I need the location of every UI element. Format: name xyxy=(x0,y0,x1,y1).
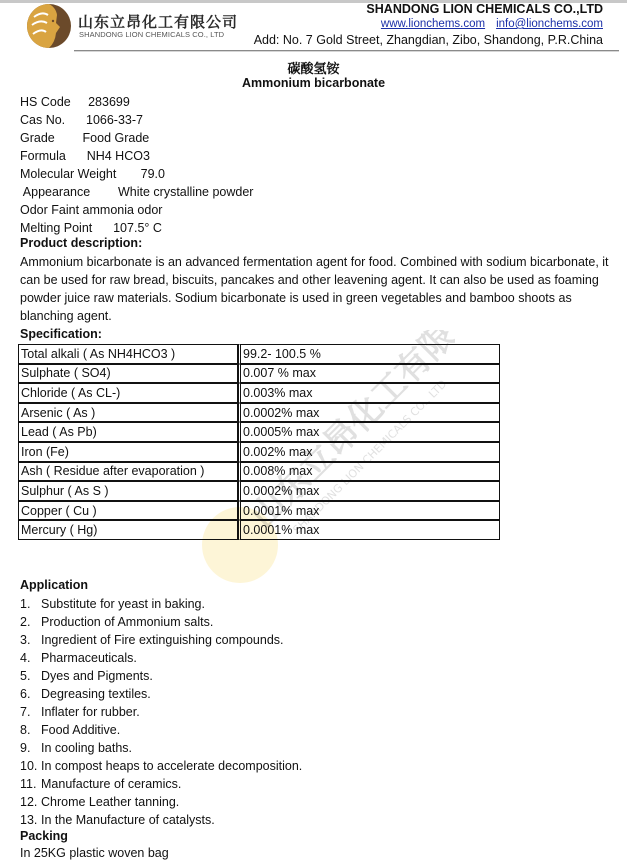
product-properties: HS Code 283699Cas No. 1066-33-7Grade Foo… xyxy=(20,93,253,237)
property-gap xyxy=(55,131,83,145)
table-row: Total alkali ( As NH4HCO3 )99.2- 100.5 % xyxy=(18,344,500,364)
list-number: 7. xyxy=(20,703,41,721)
property-value: 79.0 xyxy=(141,167,165,181)
application-list: 1.Substitute for yeast in baking.2.Produ… xyxy=(20,595,302,829)
description-text: Ammonium bicarbonate is an advanced ferm… xyxy=(20,253,620,325)
list-item: 2.Production of Ammonium salts. xyxy=(20,613,302,631)
list-number: 8. xyxy=(20,721,41,739)
property-row: Formula NH4 HCO3 xyxy=(20,147,253,165)
list-text: Inflater for rubber. xyxy=(41,705,140,719)
contact-links: www.lionchems.cominfo@lionchems.com xyxy=(381,18,603,30)
table-row: Chloride ( As CL-)0.003% max xyxy=(18,383,500,403)
table-row: Lead ( As Pb)0.0005% max xyxy=(18,422,500,442)
website-link[interactable]: www.lionchems.com xyxy=(381,18,485,30)
property-value: NH4 HCO3 xyxy=(87,149,150,163)
company-address: Add: No. 7 Gold Street, Zhangdian, Zibo,… xyxy=(254,33,603,47)
property-value: 283699 xyxy=(88,95,130,109)
list-item: 7.Inflater for rubber. xyxy=(20,703,302,721)
property-gap xyxy=(66,149,87,163)
packing-heading: Packing xyxy=(20,829,68,843)
list-item: 13.In the Manufacture of catalysts. xyxy=(20,811,302,829)
product-title-english: Ammonium bicarbonate xyxy=(0,76,627,90)
list-text: Ingredient of Fire extinguishing compoun… xyxy=(41,633,284,647)
table-row: Arsenic ( As )0.0002% max xyxy=(18,403,500,423)
specification-table: Total alkali ( As NH4HCO3 )99.2- 100.5 %… xyxy=(18,344,500,540)
property-gap xyxy=(90,185,118,199)
list-item: 12.Chrome Leather tanning. xyxy=(20,793,302,811)
property-gap xyxy=(92,221,113,235)
list-text: In cooling baths. xyxy=(41,741,132,755)
property-label: Melting Point xyxy=(20,221,92,235)
property-value: White crystalline powder xyxy=(118,185,253,199)
property-label: Appearance xyxy=(20,185,90,199)
table-row: Iron (Fe)0.002% max xyxy=(18,442,500,462)
logo-english-name: SHANDONG LION CHEMICALS CO., LTD xyxy=(79,30,224,39)
list-number: 9. xyxy=(20,739,41,757)
list-number: 10. xyxy=(20,757,41,775)
list-text: Dyes and Pigments. xyxy=(41,669,153,683)
list-item: 11.Manufacture of ceramics. xyxy=(20,775,302,793)
application-heading: Application xyxy=(20,578,88,592)
list-text: Chrome Leather tanning. xyxy=(41,795,179,809)
property-label: Cas No. xyxy=(20,113,65,127)
spec-item: Sulphur ( As S ) xyxy=(18,481,238,501)
list-number: 11. xyxy=(20,775,41,793)
table-row: Ash ( Residue after evaporation )0.008% … xyxy=(18,462,500,482)
product-title-chinese: 碳酸氢铵 xyxy=(0,58,627,77)
table-row: Mercury ( Hg)0.0001% max xyxy=(18,520,500,540)
spec-item: Total alkali ( As NH4HCO3 ) xyxy=(18,344,238,364)
list-item: 10.In compost heaps to accelerate decomp… xyxy=(20,757,302,775)
spec-item: Lead ( As Pb) xyxy=(18,422,238,442)
spec-value: 0.0001% max xyxy=(238,501,500,521)
packing-text: In 25KG plastic woven bag xyxy=(20,846,169,860)
lion-head-icon xyxy=(26,3,72,49)
table-row: Sulphur ( As S )0.0002% max xyxy=(18,481,500,501)
list-item: 6.Degreasing textiles. xyxy=(20,685,302,703)
property-gap xyxy=(116,167,140,181)
list-number: 13. xyxy=(20,811,41,829)
property-value: Food Grade xyxy=(83,131,150,145)
property-row: Cas No. 1066-33-7 xyxy=(20,111,253,129)
property-label: Molecular Weight xyxy=(20,167,116,181)
list-item: 8.Food Additive. xyxy=(20,721,302,739)
table-row: Copper ( Cu )0.0001% max xyxy=(18,501,500,521)
spec-value: 0.008% max xyxy=(238,462,500,482)
description-heading: Product description: xyxy=(20,236,142,250)
list-text: Manufacture of ceramics. xyxy=(41,777,181,791)
spec-item: Copper ( Cu ) xyxy=(18,501,238,521)
property-label: Odor xyxy=(20,203,48,217)
property-row: HS Code 283699 xyxy=(20,93,253,111)
list-text: Food Additive. xyxy=(41,723,120,737)
spec-item: Iron (Fe) xyxy=(18,442,238,462)
list-text: In the Manufacture of catalysts. xyxy=(41,813,215,827)
list-text: In compost heaps to accelerate decomposi… xyxy=(41,759,302,773)
email-link[interactable]: info@lionchems.com xyxy=(496,18,603,30)
header-divider-shadow xyxy=(74,51,619,52)
property-row: Grade Food Grade xyxy=(20,129,253,147)
list-item: 5.Dyes and Pigments. xyxy=(20,667,302,685)
property-value: 1066-33-7 xyxy=(86,113,143,127)
list-text: Pharmaceuticals. xyxy=(41,651,137,665)
list-text: Substitute for yeast in baking. xyxy=(41,597,205,611)
list-number: 5. xyxy=(20,667,41,685)
spec-item: Mercury ( Hg) xyxy=(18,520,238,540)
spec-value: 0.0001% max xyxy=(238,520,500,540)
spec-value: 0.002% max xyxy=(238,442,500,462)
property-row: Appearance White crystalline powder xyxy=(20,183,253,201)
list-text: Degreasing textiles. xyxy=(41,687,151,701)
property-label: Formula xyxy=(20,149,66,163)
spec-item: Arsenic ( As ) xyxy=(18,403,238,423)
spec-value: 0.007 % max xyxy=(238,364,500,384)
property-gap xyxy=(71,95,88,109)
property-gap xyxy=(65,113,86,127)
property-row: Melting Point 107.5° C xyxy=(20,219,253,237)
logo-chinese-name: 山东立昂化工有限公司 xyxy=(78,11,238,32)
property-row: Odor Faint ammonia odor xyxy=(20,201,253,219)
list-item: 9.In cooling baths. xyxy=(20,739,302,757)
list-text: Production of Ammonium salts. xyxy=(41,615,213,629)
company-name: SHANDONG LION CHEMICALS CO.,LTD xyxy=(366,2,603,16)
list-number: 1. xyxy=(20,595,41,613)
property-label: Grade xyxy=(20,131,55,145)
list-number: 3. xyxy=(20,631,41,649)
spec-value: 0.0002% max xyxy=(238,403,500,423)
property-label: HS Code xyxy=(20,95,71,109)
spec-item: Chloride ( As CL-) xyxy=(18,383,238,403)
list-item: 3.Ingredient of Fire extinguishing compo… xyxy=(20,631,302,649)
property-row: Molecular Weight 79.0 xyxy=(20,165,253,183)
list-number: 2. xyxy=(20,613,41,631)
spec-item: Ash ( Residue after evaporation ) xyxy=(18,462,238,482)
specification-heading: Specification: xyxy=(20,327,102,341)
property-value: Faint ammonia odor xyxy=(51,203,162,217)
spec-value: 0.0002% max xyxy=(238,481,500,501)
list-number: 6. xyxy=(20,685,41,703)
spec-value: 0.0005% max xyxy=(238,422,500,442)
list-number: 12. xyxy=(20,793,41,811)
spec-value: 0.003% max xyxy=(238,383,500,403)
table-row: Sulphate ( SO4)0.007 % max xyxy=(18,364,500,384)
list-item: 1.Substitute for yeast in baking. xyxy=(20,595,302,613)
list-number: 4. xyxy=(20,649,41,667)
list-item: 4.Pharmaceuticals. xyxy=(20,649,302,667)
spec-item: Sulphate ( SO4) xyxy=(18,364,238,384)
property-value: 107.5° C xyxy=(113,221,162,235)
spec-value: 99.2- 100.5 % xyxy=(238,344,500,364)
